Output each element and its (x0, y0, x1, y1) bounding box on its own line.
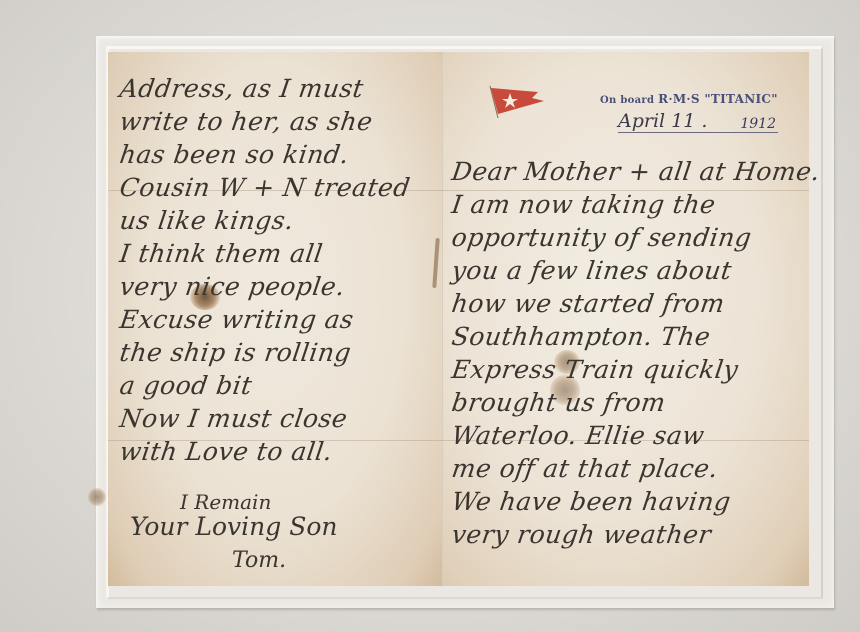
handwritten-line: We have been having (450, 485, 823, 518)
handwritten-line: Express Train quickly (450, 353, 823, 386)
handwritten-line: Cousin W + N treated (118, 171, 413, 204)
handwritten-line: me off at that place. (450, 452, 823, 485)
handwritten-line: brought us from (450, 386, 823, 419)
handwritten-line: the ship is rolling (118, 336, 413, 369)
letterhead-text: On board R·M·S "TITANIC" (600, 92, 778, 106)
ship-name: R·M·S "TITANIC" (658, 92, 778, 106)
handwritten-line: you a few lines about (450, 254, 823, 287)
handwritten-line: Excuse writing as (118, 303, 413, 336)
letterhead-prefix: On board (600, 95, 654, 106)
handwritten-line: us like kings. (118, 204, 413, 237)
handwritten-line: write to her, as she (118, 105, 413, 138)
handwritten-line: how we started from (450, 287, 823, 320)
handwritten-line: I am now taking the (450, 188, 823, 221)
handwritten-line: Address, as I must (118, 72, 413, 105)
date-year: 1912 (740, 116, 776, 132)
handwritten-line: has been so kind. (118, 138, 413, 171)
handwritten-line: very rough weather (450, 518, 823, 551)
handwritten-line: Waterloo. Ellie saw (450, 419, 823, 452)
handwritten-line: Now I must close (118, 402, 413, 435)
white-star-pennant-icon (488, 84, 548, 120)
left-page-text: Address, as I must write to her, as she … (120, 72, 410, 468)
date-line: April 11 . 1912 (618, 110, 778, 133)
handwritten-line: opportunity of sending (450, 221, 823, 254)
handwritten-line: I think them all (118, 237, 413, 270)
handwritten-line: Dear Mother + all at Home. (450, 155, 823, 188)
signoff-line: Your Loving Son (130, 512, 337, 541)
handwritten-line: very nice people. (118, 270, 413, 303)
handwritten-line: Southhampton. The (450, 320, 823, 353)
handwritten-line: a good bit (118, 369, 413, 402)
handwritten-line: with Love to all. (118, 435, 413, 468)
date-handwritten: April 11 . (618, 110, 707, 132)
right-page-text: Dear Mother + all at Home. I am now taki… (452, 155, 820, 551)
signature: Tom. (232, 548, 286, 573)
edge-stain (88, 488, 106, 506)
closing-line: I Remain (180, 490, 271, 514)
